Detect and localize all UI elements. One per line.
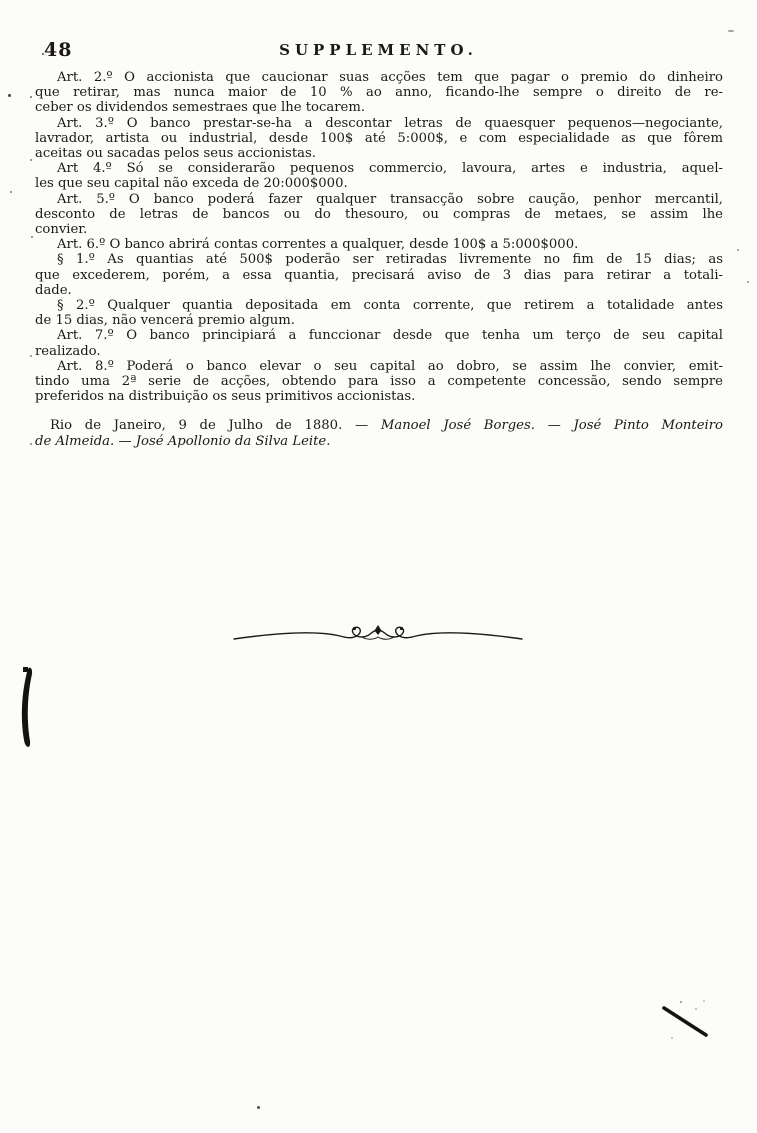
paragraph: Art. 7.º O banco principiará a funcciona… xyxy=(35,328,723,358)
text-line: Art. 2.º O accionista que caucionar suas… xyxy=(35,70,723,85)
scan-speck xyxy=(737,249,739,251)
text-line: Rio de Janeiro, 9 de Julho de 1880. — Ma… xyxy=(35,418,723,433)
text-line: Art. 8.º Poderá o banco elevar o seu cap… xyxy=(35,359,723,374)
scanned-document-page: 48 SUPPLEMENTO. Art. 2.º O accionista qu… xyxy=(0,0,757,1133)
text-line: lavrador, artista ou industrial, desde 1… xyxy=(35,131,723,146)
text-line: Art 4.º Só se considerarão pequenos comm… xyxy=(35,161,723,176)
scan-speck xyxy=(30,355,32,357)
text-line: desconto de letras de bancos ou do theso… xyxy=(35,207,723,222)
text-line: tindo uma 2ª serie de acções, obtendo pa… xyxy=(35,374,723,389)
text-line: preferidos na distribuição os seus primi… xyxy=(35,389,723,404)
text-line: realizado. xyxy=(35,344,723,359)
paragraph: § 1.º As quantias até 500$ poderão ser r… xyxy=(35,252,723,298)
diagonal-pen-stroke xyxy=(650,996,716,1046)
scan-speck xyxy=(30,443,32,445)
text-line: Art. 5.º O banco poderá fazer qualquer t… xyxy=(35,192,723,207)
text-line: dade. xyxy=(35,283,723,298)
text-line: Art. 3.º O banco prestar-se-ha a descont… xyxy=(35,116,723,131)
text-line: que excederem, porém, a essa quantia, pr… xyxy=(35,268,723,283)
scan-speck xyxy=(30,159,32,161)
text-line: § 2.º Qualquer quantia depositada em con… xyxy=(35,298,723,313)
text-line: Art. 6.º O banco abrirá contas correntes… xyxy=(35,237,723,252)
paragraph: Art 4.º Só se considerarão pequenos comm… xyxy=(35,161,723,191)
scan-speck xyxy=(257,1106,260,1109)
paragraph: Art. 8.º Poderá o banco elevar o seu cap… xyxy=(35,359,723,405)
text-line: Art. 7.º O banco principiará a funcciona… xyxy=(35,328,723,343)
scan-speck xyxy=(42,53,44,55)
paragraph: § 2.º Qualquer quantia depositada em con… xyxy=(35,298,723,328)
text-line: ceber os dividendos semestraes que lhe t… xyxy=(35,100,723,115)
signature-name: de Almeida. — José Apollonio da Silva Le… xyxy=(35,434,330,449)
scan-speck xyxy=(747,281,749,283)
paragraph: Art. 3.º O banco prestar-se-ha a descont… xyxy=(35,116,723,162)
signature-name: Manoel José Borges. — José Pinto Monteir… xyxy=(381,418,723,433)
text-line: les que seu capital não exceda de 20:000… xyxy=(35,176,723,191)
text-line: § 1.º As quantias até 500$ poderão ser r… xyxy=(35,252,723,267)
signature-paragraph: Rio de Janeiro, 9 de Julho de 1880. — Ma… xyxy=(35,418,723,448)
page-title: SUPPLEMENTO. xyxy=(0,41,757,59)
ink-blob-artifact xyxy=(14,664,42,754)
date-text: Rio de Janeiro, 9 de Julho de 1880. — xyxy=(50,418,381,433)
text-line: convier. xyxy=(35,222,723,237)
scan-speck xyxy=(8,94,11,97)
paragraph: Art. 5.º O banco poderá fazer qualquer t… xyxy=(35,192,723,238)
text-line: que retirar, mas nunca maior de 10 % ao … xyxy=(35,85,723,100)
scan-speck xyxy=(31,236,33,238)
text-line: aceitas ou sacadas pelos seus accionista… xyxy=(35,146,723,161)
scan-speck xyxy=(30,96,32,98)
flourish-divider xyxy=(231,622,525,650)
scan-speck xyxy=(10,191,12,193)
text-line: de Almeida. — José Apollonio da Silva Le… xyxy=(35,434,723,449)
paragraph: Art. 2.º O accionista que caucionar suas… xyxy=(35,70,723,116)
scan-speck xyxy=(728,30,734,32)
text-line: de 15 dias, não vencerá premio algum. xyxy=(35,313,723,328)
document-body: Art. 2.º O accionista que caucionar suas… xyxy=(35,70,723,449)
paragraph: Art. 6.º O banco abrirá contas correntes… xyxy=(35,237,723,252)
